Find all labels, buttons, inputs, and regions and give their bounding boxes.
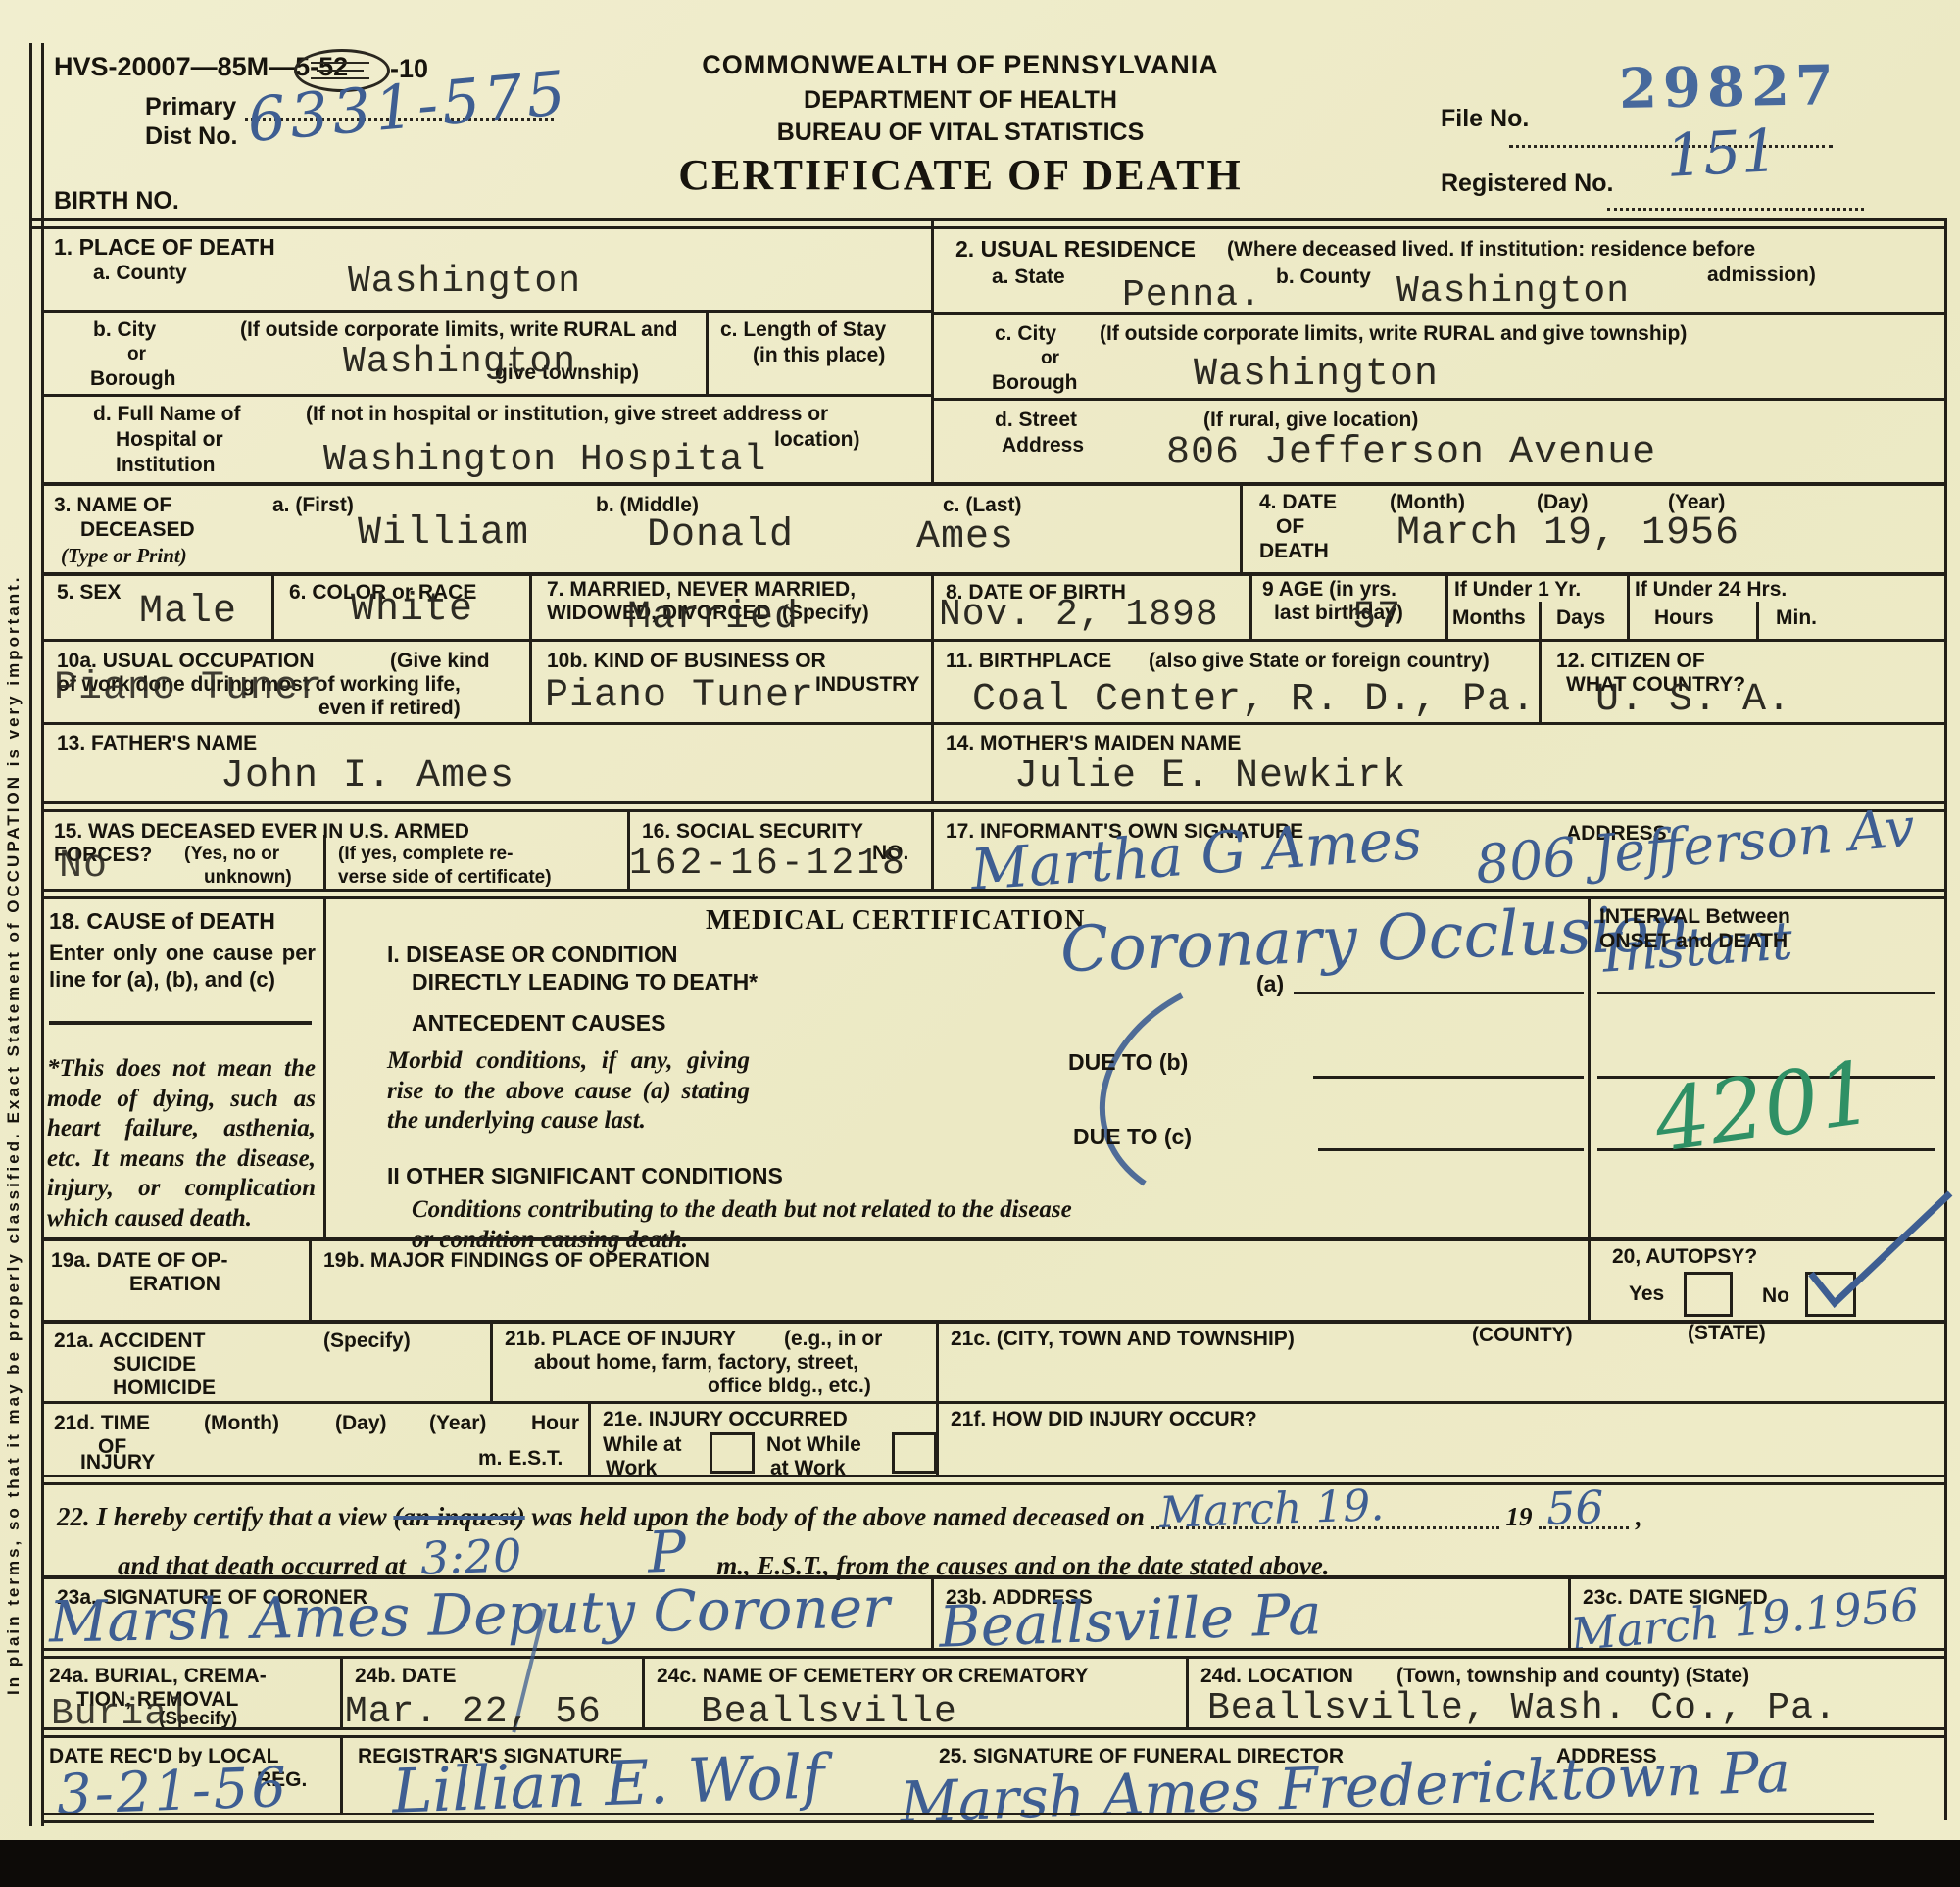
date-of-death-label-2: OF (1276, 516, 1304, 539)
under-24hrs-label: If Under 24 Hrs. (1635, 579, 1787, 602)
comma: , (1636, 1502, 1642, 1531)
divider (1627, 572, 1630, 639)
divider (41, 1482, 1945, 1485)
signature-flourish (1066, 988, 1213, 1198)
divider (41, 482, 1945, 486)
cause-of-death-note-1: Enter only one cause per line for (a), (… (49, 941, 316, 993)
divider (41, 809, 1945, 812)
ssn-label-1: 16. SOCIAL SECURITY (642, 821, 863, 844)
sex-value: Male (139, 590, 237, 634)
divider (29, 226, 1947, 229)
antecedent-causes-label: ANTECEDENT CAUSES (412, 1011, 665, 1036)
est-label: m. E.S.T. (478, 1448, 563, 1471)
not-while-at-work-checkbox[interactable] (892, 1432, 937, 1474)
divider (29, 218, 1947, 221)
mothers-maiden-name-label: 14. MOTHER'S MAIDEN NAME (946, 733, 1241, 755)
hours-label: Hours (1654, 607, 1714, 630)
residence-city-hint: (If outside corporate limits, write RURA… (1100, 323, 1687, 346)
days-label: Days (1556, 607, 1605, 630)
divider (41, 1475, 1945, 1477)
divider (41, 722, 1945, 725)
header-title-block: COMMONWEALTH OF PENNSYLVANIA DEPARTMENT … (627, 51, 1294, 199)
usual-residence-hint-2: admission) (1707, 265, 1816, 287)
county-value: Washington (348, 261, 581, 303)
autopsy-no-checkmark (1803, 1185, 1958, 1318)
hospital-label-2: Hospital or (116, 429, 223, 452)
occupation-value: Piano Tuner (54, 666, 323, 710)
ssn-value: 162-16-1218 (629, 843, 907, 885)
residence-county-label: b. County (1276, 266, 1371, 289)
registered-no-fill-line (1607, 208, 1864, 211)
color-race-value: White (351, 588, 473, 632)
divider (1539, 602, 1542, 639)
name-of-deceased-label-2: DECEASED (80, 519, 195, 542)
divider (41, 1648, 1945, 1651)
divider (41, 394, 931, 397)
divider (931, 1575, 934, 1648)
divider (340, 1735, 343, 1815)
residence-city-label: c. City (995, 323, 1056, 346)
divider (1539, 639, 1542, 722)
disease-condition-label-2: DIRECTLY LEADING TO DEATH* (412, 970, 758, 994)
view-year-fill: 56 (1539, 1497, 1629, 1529)
medical-certification-title: MEDICAL CERTIFICATION (706, 906, 1085, 936)
injury-state-label: (STATE) (1688, 1323, 1766, 1345)
divider (588, 1401, 591, 1475)
due-to-c-fill-line (1318, 1148, 1584, 1151)
divider (490, 1320, 493, 1401)
interval-a-fill-line (1597, 992, 1935, 994)
certify-statement-line1: 22. I hereby certify that a view (an inq… (57, 1497, 1642, 1532)
other-significant-conditions-label: II OTHER SIGNIFICANT CONDITIONS (387, 1164, 783, 1188)
armed-forces-hint-4: verse side of certificate) (338, 868, 552, 889)
under-1yr-label: If Under 1 Yr. (1454, 579, 1581, 602)
date-of-death-label-3: DEATH (1259, 541, 1329, 563)
autopsy-yes-label: Yes (1629, 1283, 1664, 1306)
first-name-value: William (358, 511, 529, 556)
date-received-handwritten: 3-21-56 (56, 1756, 290, 1827)
citizen-value: U. S. A. (1595, 678, 1791, 722)
last-name-label: c. (Last) (943, 495, 1022, 517)
hospital-hint-2: location) (774, 429, 860, 452)
usual-residence-hint-1: (Where deceased lived. If institution: r… (1227, 239, 1755, 262)
bureau-line: BUREAU OF VITAL STATISTICS (627, 120, 1294, 146)
place-of-injury-label: 21b. PLACE OF INJURY (505, 1329, 736, 1351)
residence-city-value: Washington (1194, 353, 1439, 397)
state-value: Penna. (1122, 274, 1262, 316)
burial-date-label: 24b. DATE (355, 1666, 456, 1688)
ampm-fill: P (640, 1546, 710, 1578)
city-value: Washington (343, 341, 576, 383)
divider (323, 896, 326, 1237)
divider (41, 1656, 1945, 1659)
accident-specify-hint: (Specify) (323, 1331, 411, 1353)
suicide-label: SUICIDE (113, 1354, 196, 1377)
due-to-b-fill-line (1313, 1076, 1584, 1079)
birthplace-hint: (also give State or foreign country) (1149, 651, 1490, 673)
cause-a-fill-line (1294, 992, 1584, 994)
inquest-struck-text: (an inquest) (393, 1502, 524, 1531)
armed-forces-label-1: 15. WAS DECEASED EVER IN U.S. ARMED (54, 821, 469, 844)
armed-forces-value: No (59, 845, 108, 889)
first-name-label: a. (First) (272, 495, 354, 517)
commonwealth-line: COMMONWEALTH OF PENNSYLVANIA (627, 51, 1294, 79)
primary-dist-label-1: Primary (145, 94, 236, 121)
city-or-label: or (127, 345, 146, 365)
autopsy-no-label: No (1762, 1285, 1789, 1308)
due-to-b-label: DUE TO (b) (1068, 1050, 1188, 1075)
death-time-fill: 3:20 (413, 1546, 633, 1578)
divider (340, 1656, 343, 1727)
interval-header-1: INTERVAL Between (1599, 906, 1790, 929)
time-of-injury-label-1: 21d. TIME (54, 1413, 150, 1435)
divider (931, 572, 934, 639)
death-certificate-scan: In plain terms, so that it may be proper… (0, 0, 1960, 1887)
location-label: 24d. LOCATION (1200, 1666, 1353, 1688)
city-label: b. City (93, 319, 156, 342)
divider (41, 889, 1945, 892)
disease-condition-label-1: I. DISEASE OR CONDITION (387, 943, 677, 967)
divider (931, 218, 934, 482)
date-of-operation-label-2: ERATION (129, 1274, 220, 1296)
time-of-injury-label-3: INJURY (80, 1452, 155, 1475)
length-of-stay-label: c. Length of Stay (720, 319, 886, 342)
cause-of-death-title: 18. CAUSE of DEATH (49, 909, 275, 934)
how-did-injury-occur-label: 21f. HOW DID INJURY OCCUR? (951, 1409, 1257, 1431)
business-label-2: INDUSTRY (815, 674, 920, 697)
date-of-death-value: March 19, 1956 (1396, 511, 1739, 556)
divider (41, 1727, 1945, 1730)
city-hint-1: (If outside corporate limits, write RURA… (240, 319, 678, 342)
divider (1756, 602, 1759, 639)
months-label: Months (1452, 607, 1526, 630)
occupation-hint-1: (Give kind (390, 651, 490, 673)
divider (1249, 572, 1252, 639)
birthplace-value: Coal Center, R. D., Pa. (972, 678, 1536, 722)
department-line: DEPARTMENT OF HEALTH (627, 87, 1294, 114)
citizen-label-1: 12. CITIZEN OF (1556, 651, 1705, 673)
date-of-operation-label-1: 19a. DATE OF OP- (51, 1250, 227, 1273)
street-value: 806 Jefferson Avenue (1166, 431, 1656, 475)
cemetery-label: 24c. NAME OF CEMETERY OR CREMATORY (657, 1666, 1089, 1688)
injury-city-label: 21c. (CITY, TOWN AND TOWNSHIP) (951, 1329, 1295, 1351)
divider (309, 1237, 312, 1320)
birth-no-label: BIRTH NO. (54, 188, 179, 215)
divider (41, 1575, 1945, 1579)
registered-no-label: Registered No. (1441, 170, 1613, 197)
hospital-value: Washington Hospital (323, 439, 766, 481)
divider (1240, 482, 1243, 572)
divider (1588, 1237, 1591, 1320)
divider (41, 1320, 1945, 1324)
divider (936, 1320, 939, 1401)
occupation-hint-3: even if retired) (318, 698, 461, 720)
while-at-work-checkbox[interactable] (710, 1432, 755, 1474)
fathers-name-label: 13. FATHER'S NAME (57, 733, 257, 755)
divider (931, 722, 934, 801)
year-prefix: 19 (1505, 1502, 1532, 1531)
divider (529, 639, 532, 722)
divider (642, 1656, 645, 1727)
street-label-1: d. Street (995, 410, 1077, 432)
date-of-death-label-1: 4. DATE (1259, 492, 1337, 514)
injury-hour-label: Hour (531, 1413, 579, 1435)
divider (931, 398, 1945, 401)
divider (41, 801, 1945, 804)
other-significant-conditions-note: Conditions contributing to the death but… (412, 1195, 1078, 1255)
certify-text-1: 22. I hereby certify that a view (57, 1502, 387, 1531)
green-code-handwritten: 4201 (1648, 1041, 1880, 1172)
not-while-label: Not While (766, 1434, 861, 1457)
margin-note-vertical: In plain terms, so that it may be proper… (4, 304, 24, 1695)
certify-text-2: was held upon the body of the above name… (531, 1502, 1144, 1531)
name-of-deceased-label-1: 3. NAME OF (54, 495, 171, 517)
place-of-injury-hint-1: (e.g., in or (784, 1329, 882, 1351)
residence-county-value: Washington (1396, 270, 1630, 313)
marital-value: Married (627, 596, 799, 640)
due-to-c-label: DUE TO (c) (1073, 1125, 1192, 1149)
view-year-handwritten: 56 (1545, 1480, 1604, 1535)
usual-residence-title: 2. USUAL RESIDENCE (955, 237, 1196, 262)
age-value: 57 (1352, 596, 1401, 640)
date-of-birth-value: Nov. 2, 1898 (939, 594, 1219, 636)
middle-name-value: Donald (647, 513, 794, 557)
county-label: a. County (93, 263, 187, 285)
borough-label: Borough (90, 368, 175, 391)
divider (931, 809, 934, 889)
type-or-print-hint: (Type or Print) (61, 545, 187, 567)
interval-header-2: ONSET and DEATH (1599, 931, 1788, 953)
injury-year-label: (Year) (429, 1413, 486, 1435)
divider (1944, 218, 1947, 1820)
divider (931, 639, 934, 722)
residence-or-label: or (1041, 349, 1059, 369)
location-hint: (Town, township and county) (State) (1396, 1666, 1749, 1688)
accident-label: 21a. ACCIDENT (54, 1331, 205, 1353)
mothers-maiden-name-value: Julie E. Newkirk (1014, 754, 1406, 798)
view-date-handwritten: March 19. (1158, 1480, 1385, 1538)
divider (529, 572, 532, 639)
burial-label-1: 24a. BURIAL, CREMA- (49, 1666, 267, 1688)
morbid-conditions-note: Morbid conditions, if any, giving rise t… (387, 1046, 750, 1137)
certificate-paper: In plain terms, so that it may be proper… (0, 0, 1960, 1840)
injury-day-label: (Day) (335, 1413, 387, 1435)
business-value: Piano Tuner (545, 674, 814, 718)
divider (1445, 572, 1448, 639)
divider (706, 310, 709, 397)
hospital-hint-1: (If not in hospital or institution, give… (306, 404, 828, 426)
divider (41, 1735, 1945, 1738)
business-label-1: 10b. KIND OF BUSINESS OR (547, 651, 826, 673)
divider (41, 639, 1945, 642)
fathers-name-value: John I. Ames (220, 754, 514, 798)
major-findings-label: 19b. MAJOR FINDINGS OF OPERATION (323, 1250, 710, 1273)
divider (41, 310, 931, 313)
autopsy-label: 20, AUTOPSY? (1612, 1246, 1757, 1269)
divider (49, 1021, 312, 1025)
location-value: Beallsville, Wash. Co., Pa. (1207, 1687, 1837, 1729)
divider (41, 572, 1945, 576)
state-label: a. State (992, 266, 1065, 289)
file-no-stamp: 29827 (1618, 53, 1839, 121)
homicide-label: HOMICIDE (113, 1378, 216, 1400)
autopsy-yes-checkbox[interactable] (1684, 1272, 1733, 1317)
divider (1186, 1656, 1189, 1727)
armed-forces-hint-2: unknown) (204, 868, 292, 889)
place-of-injury-hint-2: about home, farm, factory, street, (534, 1352, 858, 1375)
divider (41, 1401, 1945, 1404)
cause-a-value-handwritten: Coronary Occlusion (1059, 893, 1690, 987)
divider (41, 1813, 1874, 1815)
primary-dist-label-2: Dist No. (145, 123, 237, 150)
place-of-injury-hint-3: office bldg., etc.) (708, 1376, 871, 1398)
cause-of-death-note-2: *This does not mean the mode of dying, s… (47, 1054, 316, 1234)
street-hint: (If rural, give location) (1203, 410, 1418, 432)
armed-forces-hint-1: (Yes, no or (184, 845, 279, 865)
divider (41, 1237, 1945, 1241)
hospital-label-1: d. Full Name of (93, 404, 241, 426)
birthplace-label: 11. BIRTHPLACE (946, 651, 1111, 673)
residence-borough-label: Borough (992, 372, 1077, 395)
place-of-death-title: 1. PLACE OF DEATH (54, 235, 275, 260)
view-date-fill: March 19. (1151, 1497, 1499, 1529)
street-label-2: Address (1002, 435, 1084, 458)
armed-forces-hint-3: (If yes, complete re- (338, 845, 513, 865)
file-no-label: File No. (1441, 106, 1529, 132)
divider (41, 1820, 1874, 1823)
registered-no-handwritten: 151 (1664, 117, 1780, 191)
injury-month-label: (Month) (204, 1413, 279, 1435)
while-at-label: While at (603, 1434, 682, 1457)
injury-county-label: (COUNTY) (1472, 1325, 1573, 1347)
divider (29, 43, 32, 1826)
length-of-stay-hint: (in this place) (753, 345, 885, 367)
min-label: Min. (1776, 607, 1817, 630)
divider (271, 572, 274, 639)
coroner-signature-handwritten: Marsh Ames Deputy Coroner (48, 1574, 890, 1656)
hospital-label-3: Institution (116, 455, 215, 477)
certificate-title: CERTIFICATE OF DEATH (627, 152, 1294, 199)
last-name-value: Ames (916, 515, 1014, 559)
injury-occurred-label: 21e. INJURY OCCURRED (603, 1409, 848, 1431)
sex-label: 5. SEX (57, 582, 121, 605)
divider (931, 312, 1945, 314)
